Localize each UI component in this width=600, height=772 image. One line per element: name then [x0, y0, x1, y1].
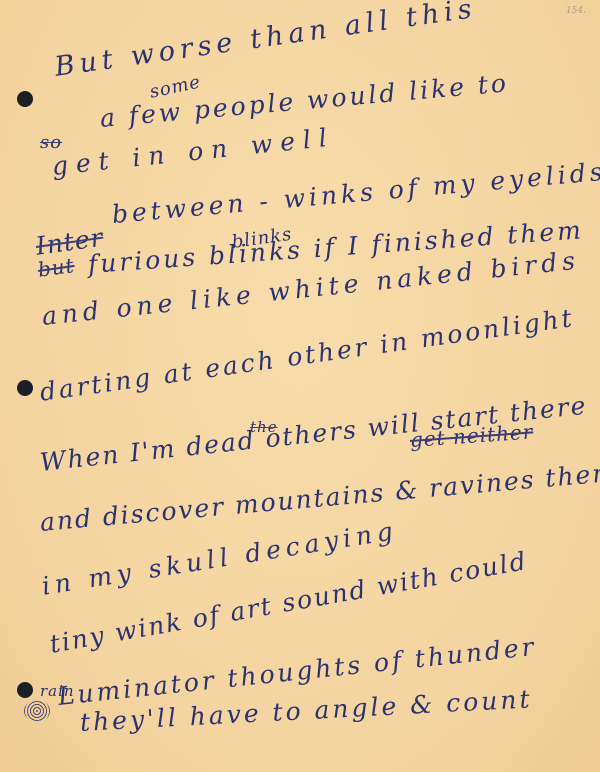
page-number: 154. — [566, 6, 586, 16]
binder-hole-bottom — [17, 682, 33, 698]
struck-word-but: but — [36, 253, 76, 282]
manuscript-page: 154. But worse than all this some so a f… — [0, 0, 600, 772]
manuscript-line-2: a few people would like to — [99, 68, 510, 133]
struck-word-so: so — [40, 132, 62, 153]
binder-hole-top — [17, 91, 33, 107]
scribble-mark — [24, 700, 50, 722]
binder-hole-middle — [17, 380, 33, 396]
manuscript-line-1: But worse than all this — [53, 0, 479, 83]
manuscript-line-4: between - winks of my eyelids — [111, 157, 600, 229]
manuscript-line-3: get in on well — [50, 122, 336, 181]
manuscript-line-9: and discover mountains & ravines there — [39, 457, 600, 537]
